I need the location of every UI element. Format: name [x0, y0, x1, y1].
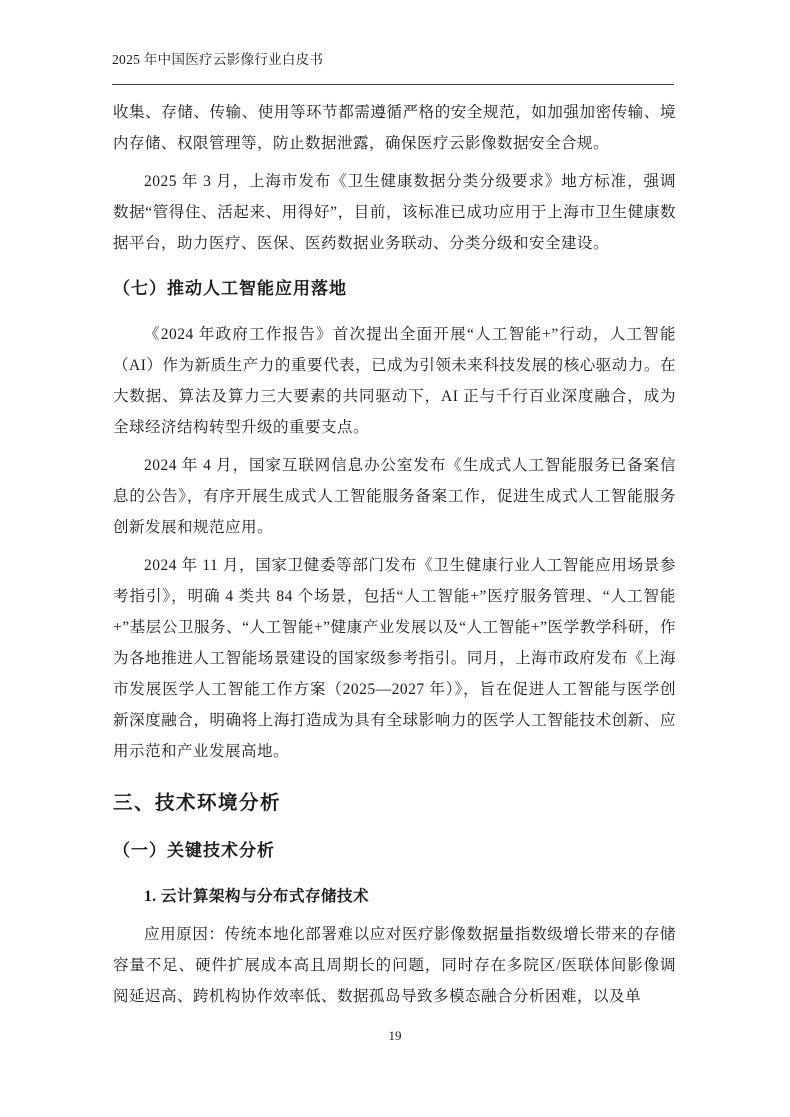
paragraph-shanghai-data-standard: 2025 年 3 月，上海市发布《卫生健康数据分类分级要求》地方标准，强调数据“… [113, 166, 676, 259]
chapter-heading-3-tech-environment: 三、技术环境分析 [113, 785, 676, 821]
paragraph-health-ai-scenarios: 2024 年 11 月，国家卫健委等部门发布《卫生健康行业人工智能应用场景参考指… [113, 550, 676, 767]
subsection-heading-cloud-storage: 1. 云计算架构与分布式存储技术 [113, 881, 676, 912]
document-page: 2025 年中国医疗云影像行业白皮书 收集、存储、传输、使用等环节都需遵循严格的… [0, 0, 790, 1117]
paragraph-application-reason: 应用原因：传统本地化部署难以应对医疗影像数据量指数级增长带来的存储容量不足、硬件… [113, 919, 676, 1012]
section-heading-1-key-technology: （一）关键技术分析 [113, 834, 676, 867]
document-body: 收集、存储、传输、使用等环节都需遵循严格的安全规范，如加强加密传输、境内存储、权… [113, 97, 676, 1012]
section-heading-7-ai-application: （七）推动人工智能应用落地 [113, 272, 676, 305]
page-number: 19 [0, 1027, 790, 1044]
document-header-title: 2025 年中国医疗云影像行业白皮书 [112, 51, 323, 68]
paragraph-government-work-report: 《2024 年政府工作报告》首次提出全面开展“人工智能+”行动，人工智能（AI）… [113, 319, 676, 443]
paragraph-genai-registration: 2024 年 4 月，国家互联网信息办公室发布《生成式人工智能服务已备案信息的公… [113, 450, 676, 543]
header-divider [112, 84, 674, 85]
paragraph-continuation-security-compliance: 收集、存储、传输、使用等环节都需遵循严格的安全规范，如加强加密传输、境内存储、权… [113, 97, 676, 159]
